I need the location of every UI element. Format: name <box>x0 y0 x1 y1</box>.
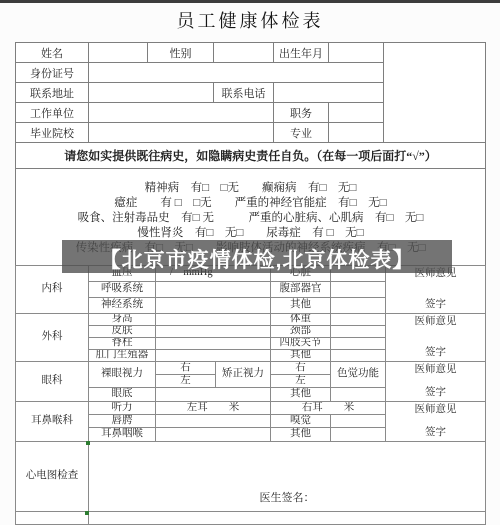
id-value-cell <box>89 63 384 83</box>
row-name-gender-birth: 姓名 性别 出生年月 <box>16 43 486 63</box>
limbs-value-cell <box>331 338 386 350</box>
personal-info-table: 姓名 性别 出生年月 身份证号 联系地址 联系电话 工作单位 职务 毕业院校 <box>15 42 486 266</box>
weight-label: 体重 <box>271 314 331 326</box>
ent-other-value-cell <box>331 428 386 442</box>
neck-label: 颈部 <box>271 326 331 338</box>
eye-row-1: 眼科 裸眼视力 右 矫正视力 右 色觉功能 医师意见 签字 <box>16 362 486 375</box>
anus-label: 肛门生殖器 <box>89 350 156 362</box>
spine-label: 脊柱 <box>89 338 156 350</box>
surgery-other-value-cell <box>331 350 386 362</box>
nerve-label: 神经系统 <box>89 298 156 314</box>
throat-label: 耳鼻咽喉 <box>89 428 156 442</box>
ecg-row: 心电图检查 医生签名： <box>16 442 486 512</box>
gender-value-cell <box>214 43 274 63</box>
history-line-2: 癔症 有 □ □无 严重的神经官能症 有□ 无□ <box>16 196 485 211</box>
ent-other-label: 其他 <box>271 428 331 442</box>
naked-right-cell: 右 <box>156 362 216 375</box>
history-line-1: 精神病 有□ □无 癫痫病 有□ 无□ <box>16 181 485 196</box>
ecg-section-label: 心电图检查 <box>16 442 89 512</box>
abdomen-value-cell <box>331 282 386 298</box>
ent-section-label: 耳鼻喉科 <box>16 402 89 442</box>
resp-label: 呼吸系统 <box>89 282 156 298</box>
surgery-doctor-label: 医师意见 <box>386 317 485 328</box>
phone-value-cell <box>274 83 384 103</box>
cell-marker-dot <box>85 511 89 515</box>
internal-other-label: 其他 <box>271 298 331 314</box>
spine-value-cell <box>156 338 271 350</box>
major-value-cell <box>329 123 384 143</box>
surgery-row-1: 外科 身高 体重 医师意见 签字 <box>16 314 486 326</box>
fundus-value-cell <box>156 388 271 402</box>
ent-row-1: 耳鼻喉科 听力 左耳 米 右耳 米 医师意见 签字 <box>16 402 486 415</box>
history-line-3: 吸食、注射毒品史 有□ 无 严重的心脏病、心肌病 有□ 无□ <box>16 211 485 226</box>
name-value-cell <box>89 43 148 63</box>
lips-label: 唇腭 <box>89 415 156 428</box>
smell-value-cell <box>331 415 386 428</box>
hearing-label: 听力 <box>89 402 156 415</box>
ecg-result-cell: 医生签名： <box>89 442 486 512</box>
limbs-label: 四肢关节 <box>271 338 331 350</box>
weight-value-cell <box>331 314 386 326</box>
address-label: 联系地址 <box>16 83 89 103</box>
major-label: 专业 <box>274 123 329 143</box>
corrected-vision-label: 矫正视力 <box>216 362 271 388</box>
row-notice: 请您如实提供既往病史，如隐瞒病史责任自负。（在每一项后面打“√”） <box>16 143 486 169</box>
address-value-cell <box>89 83 214 103</box>
internal-sign-label: 签字 <box>386 300 485 311</box>
neck-value-cell <box>331 326 386 338</box>
cell-marker-dot <box>86 441 90 445</box>
fundus-label: 眼底 <box>89 388 156 402</box>
form-title: 员工健康体检表 <box>0 7 500 33</box>
surgery-other-label: 其他 <box>271 350 331 362</box>
eye-sign-label: 签字 <box>386 388 485 399</box>
eye-section-label: 眼科 <box>16 362 89 402</box>
position-value-cell <box>329 103 384 123</box>
naked-left-cell: 左 <box>156 375 216 388</box>
health-form-page: 员工健康体检表 姓名 性别 出生年月 身份证号 联系地址 联系电话 工作 <box>0 0 500 525</box>
doctor-signature-label: 医生签名： <box>89 493 485 504</box>
surgery-doctor-cell: 医师意见 签字 <box>386 314 486 362</box>
corrected-left-cell: 左 <box>271 375 331 388</box>
birth-label: 出生年月 <box>274 43 329 63</box>
height-value-cell <box>156 314 271 326</box>
photo-cell <box>384 43 486 143</box>
partial-value-cell <box>89 512 486 525</box>
history-line-4: 慢性肾炎 有□ 无□ 尿毒症 有 □ 无□ <box>16 226 485 241</box>
watermark-text: 【北京市疫情体检,北京体检表】 <box>100 249 415 273</box>
eye-doctor-cell: 医师意见 签字 <box>386 362 486 402</box>
name-label: 姓名 <box>16 43 89 63</box>
eye-other-value-cell <box>331 388 386 402</box>
gender-label: 性别 <box>148 43 214 63</box>
partial-label-cell <box>16 512 89 525</box>
phone-label: 联系电话 <box>214 83 274 103</box>
surgery-sign-label: 签字 <box>386 348 485 359</box>
top-border-bar <box>0 0 500 3</box>
skin-value-cell <box>156 326 271 338</box>
lips-value-cell <box>156 415 271 428</box>
skin-label: 皮肤 <box>89 326 156 338</box>
height-label: 身高 <box>89 314 156 326</box>
surgery-section-label: 外科 <box>16 314 89 362</box>
school-label: 毕业院校 <box>16 123 89 143</box>
watermark-banner: 【北京市疫情体检,北京体检表】 <box>62 240 452 273</box>
corrected-right-cell: 右 <box>271 362 331 375</box>
id-label: 身份证号 <box>16 63 89 83</box>
smell-label: 嗅觉 <box>271 415 331 428</box>
ent-doctor-cell: 医师意见 签字 <box>386 402 486 442</box>
anus-value-cell <box>156 350 271 362</box>
throat-value-cell <box>156 428 271 442</box>
examination-table: 内科 血压 / mmHg 心脏 医师意见 签字 呼吸系统 腹部器官 神经系统 其… <box>15 265 486 525</box>
school-value-cell <box>89 123 274 143</box>
naked-vision-label: 裸眼视力 <box>89 362 156 388</box>
abdomen-label: 腹部器官 <box>271 282 331 298</box>
position-label: 职务 <box>274 103 329 123</box>
nerve-value-cell <box>156 298 271 314</box>
eye-other-label: 其他 <box>271 388 331 402</box>
history-notice: 请您如实提供既往病史，如隐瞒病史责任自负。（在每一项后面打“√”） <box>16 143 486 169</box>
employer-value-cell <box>89 103 274 123</box>
color-vision-label: 色觉功能 <box>331 362 386 388</box>
hearing-right-ear-cell: 右耳 米 <box>271 402 386 415</box>
hearing-left-ear-cell: 左耳 米 <box>156 402 271 415</box>
ent-doctor-label: 医师意见 <box>386 405 485 416</box>
resp-value-cell <box>156 282 271 298</box>
birth-value-cell <box>329 43 384 63</box>
ent-sign-label: 签字 <box>386 428 485 439</box>
internal-other-value-cell <box>331 298 386 314</box>
employer-label: 工作单位 <box>16 103 89 123</box>
eye-doctor-label: 医师意见 <box>386 365 485 376</box>
